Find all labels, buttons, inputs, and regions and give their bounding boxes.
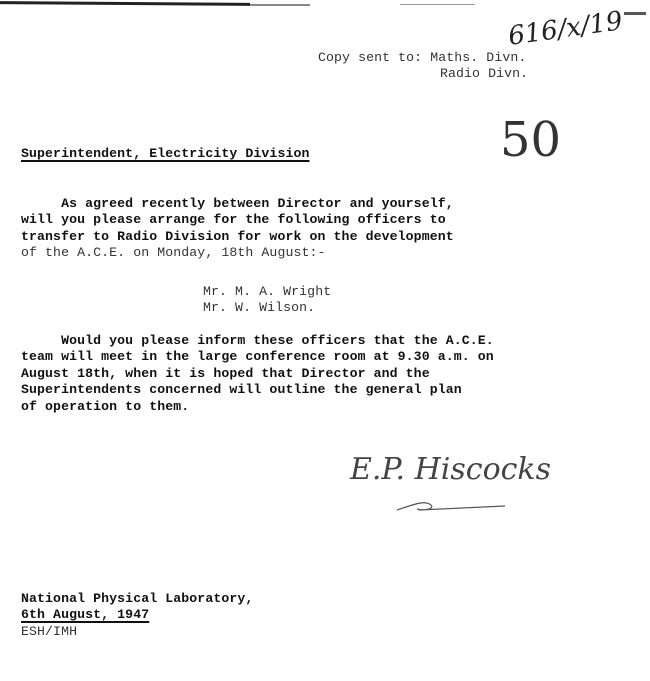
sender-reference: ESH/IMH xyxy=(21,624,253,640)
paragraph-line: team will meet in the large conference r… xyxy=(21,349,494,365)
sender-date: 6th August, 1947 xyxy=(21,607,253,623)
scan-edge-mark xyxy=(400,4,475,5)
officer-name: Mr. W. Wilson. xyxy=(203,300,331,316)
copy-recipient: Maths. Divn. xyxy=(430,50,526,65)
copy-sent-to-block: Copy sent to: Maths. Divn. xyxy=(318,50,526,66)
paragraph-2: Would you please inform these officers t… xyxy=(21,333,494,415)
paragraph-1: As agreed recently between Director and … xyxy=(21,196,454,262)
officers-list: Mr. M. A. Wright Mr. W. Wilson. xyxy=(203,284,331,317)
signature: E.P. Hiscocks xyxy=(350,452,551,487)
paragraph-line: of the A.C.E. on Monday, 18th August:- xyxy=(21,245,454,261)
paragraph-line: of operation to them. xyxy=(21,399,494,415)
handwritten-file-reference: 616/x/19 xyxy=(506,6,624,52)
officer-name: Mr. M. A. Wright xyxy=(203,284,331,300)
paragraph-line: transfer to Radio Division for work on t… xyxy=(21,229,454,245)
addressee-heading: Superintendent, Electricity Division xyxy=(21,146,310,162)
scan-edge-mark xyxy=(250,4,310,6)
paragraph-line: Superintendents concerned will outline t… xyxy=(21,382,494,398)
paragraph-line: will you please arrange for the followin… xyxy=(21,212,454,228)
copy-sent-to-label: Copy sent to: xyxy=(318,50,422,65)
handwritten-folio-number: 50 xyxy=(500,112,561,168)
paragraph-line: Would you please inform these officers t… xyxy=(21,333,494,349)
signature-flourish xyxy=(395,496,515,516)
copy-recipient: Radio Divn. xyxy=(440,66,528,82)
sender-organisation: National Physical Laboratory, xyxy=(21,591,253,607)
scan-corner-mark xyxy=(624,12,646,15)
sender-block: National Physical Laboratory, 6th August… xyxy=(21,591,253,640)
scan-edge-mark xyxy=(0,1,250,6)
paragraph-line: August 18th, when it is hoped that Direc… xyxy=(21,366,494,382)
paragraph-line: As agreed recently between Director and … xyxy=(21,196,454,212)
